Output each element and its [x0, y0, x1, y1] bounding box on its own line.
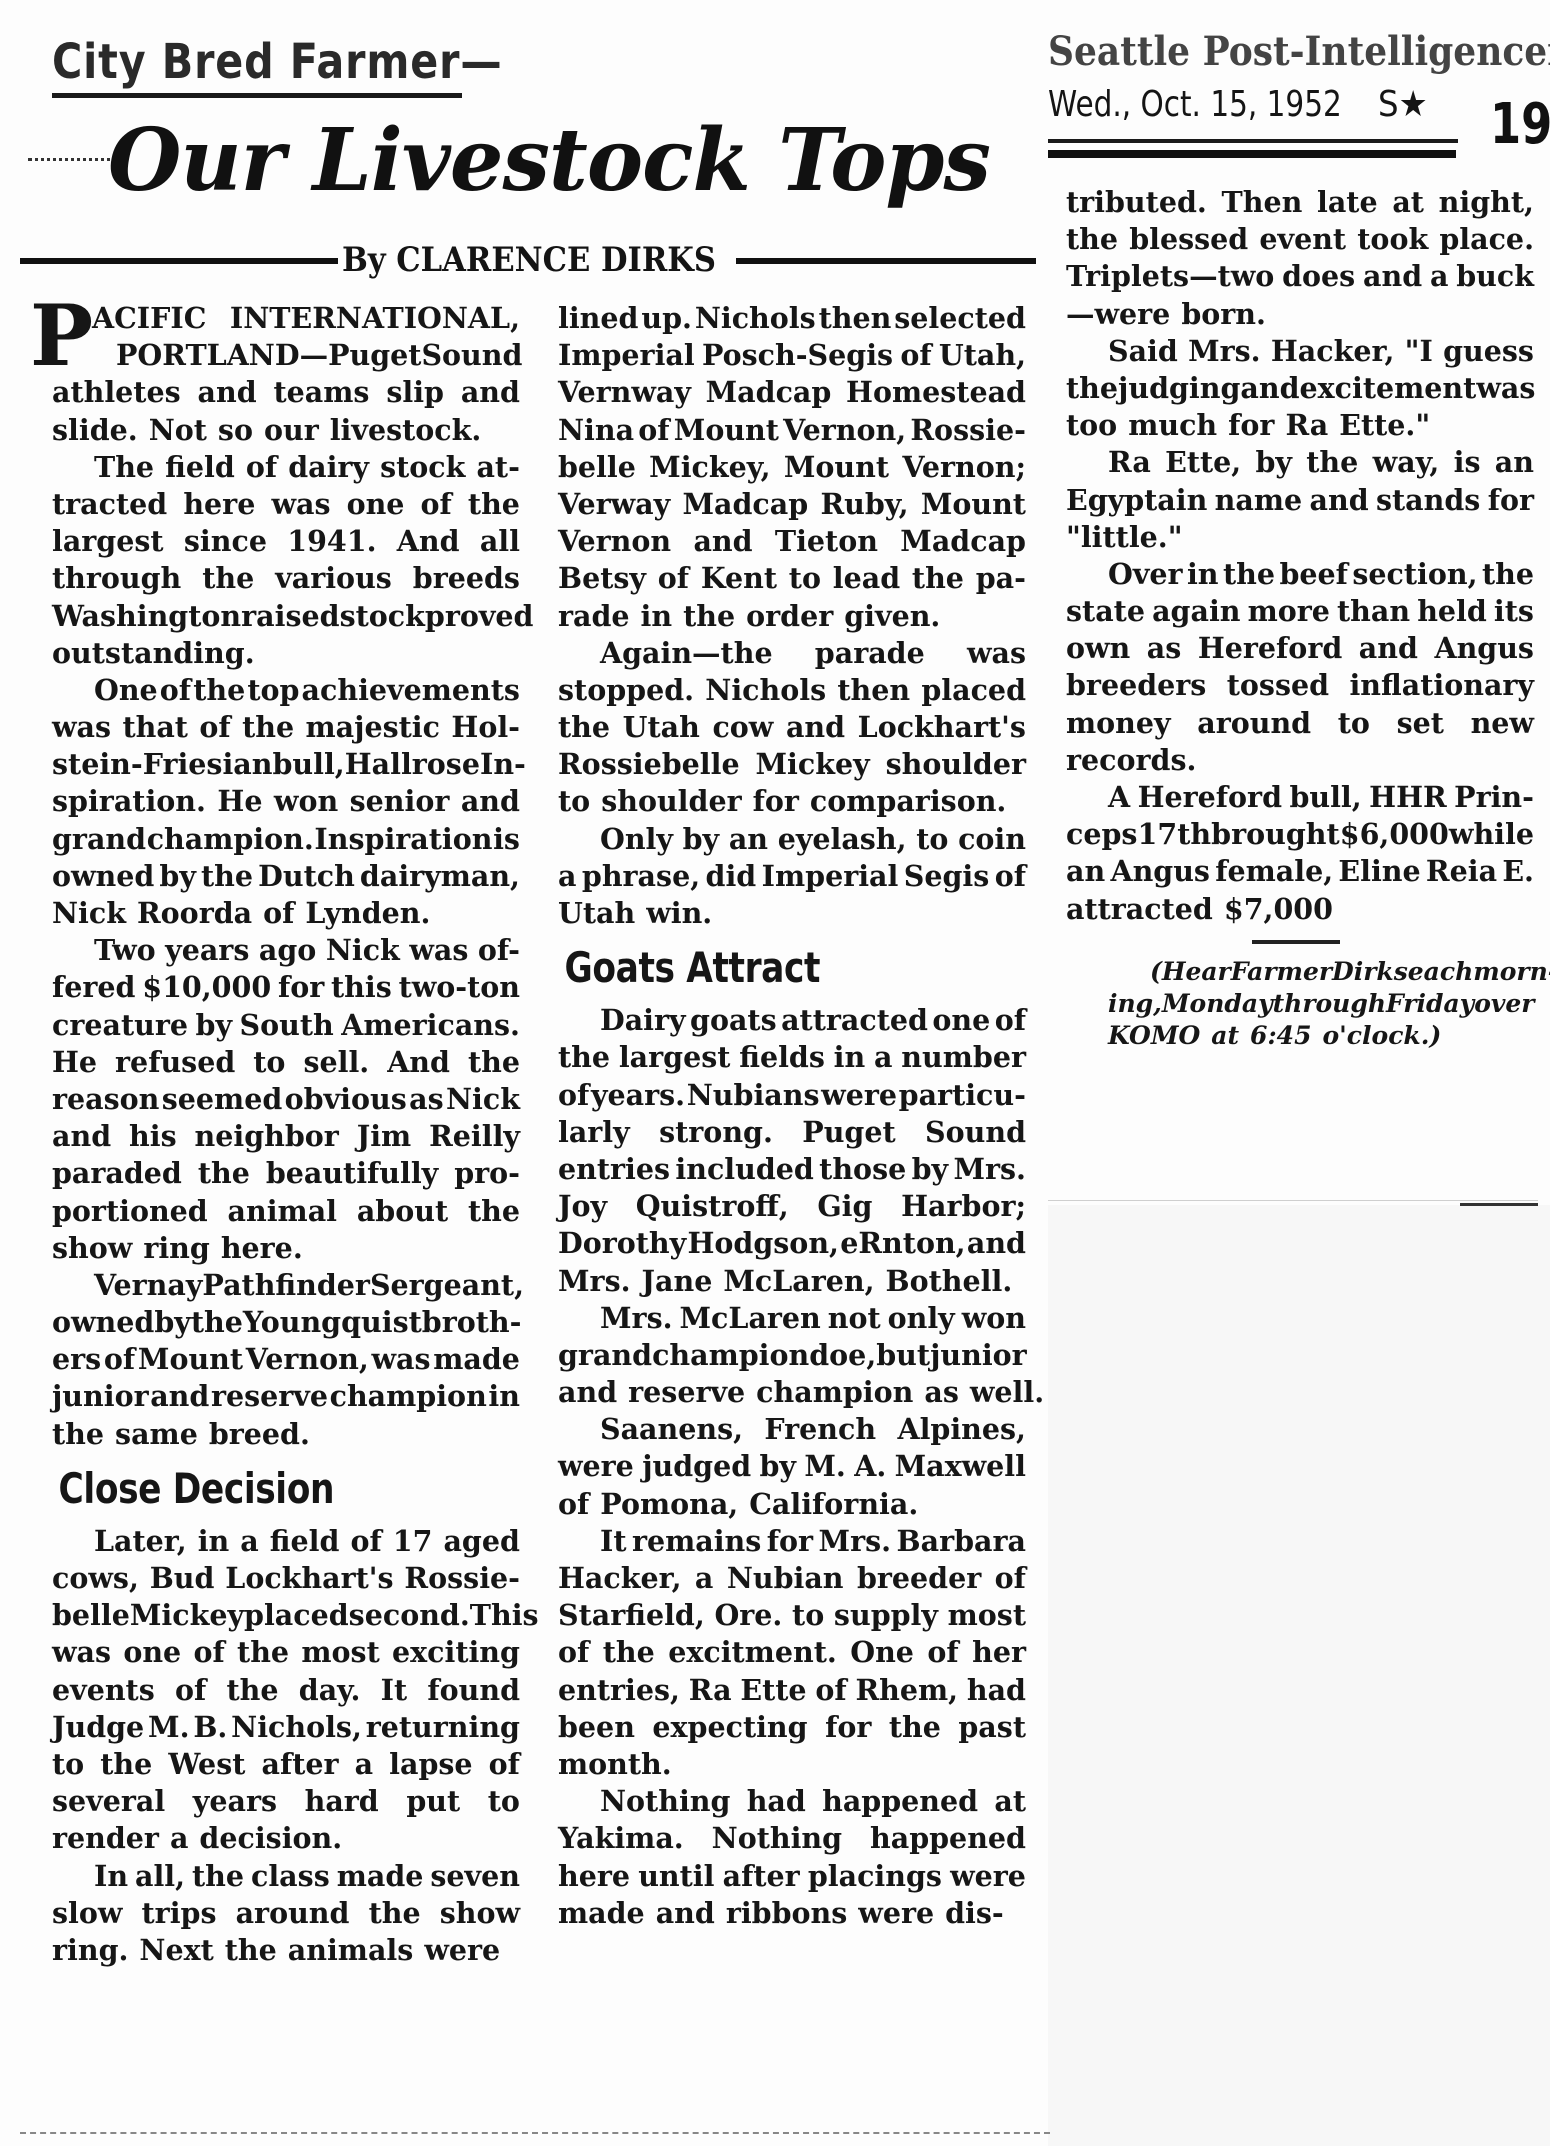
- headline-dots: [28, 158, 118, 164]
- kicker-title: City Bred Farmer—: [52, 34, 502, 90]
- text-line: JudgeM.B.Nichols,returning: [52, 1709, 520, 1746]
- text-line: Onlybyaneyelash,tocoin: [558, 821, 1026, 858]
- text-line: entriesincludedthosebyMrs.: [558, 1151, 1026, 1188]
- masthead-rule-thin: [1048, 139, 1458, 143]
- dateline: Wed., Oct. 15, 1952: [1048, 84, 1342, 125]
- article-paragraph: linedup.NicholsthenselectedImperialPosch…: [558, 300, 1026, 635]
- byline-row: By CLARENCE DIRKS: [20, 240, 1036, 280]
- text-line: beenexpectingforthepast: [558, 1709, 1026, 1746]
- text-line: fered$10,000forthistwo-ton: [52, 969, 520, 1006]
- text-line: KOMOat6:45o'clock.): [1108, 1020, 1534, 1052]
- text-line: toomuchforRaEtte.": [1066, 407, 1534, 444]
- text-line: Yakima.Nothinghappened: [558, 1820, 1026, 1857]
- text-line: oftheexcitment.Oneofher: [558, 1634, 1026, 1671]
- article-paragraph: Oneofthetopachievementswasthatofthemajes…: [52, 672, 520, 932]
- clipping-edge: [1048, 1200, 1538, 1201]
- text-line: (HearFarmerDirkseachmorn-: [1108, 956, 1534, 988]
- clipping-edge-dash: [1460, 1203, 1538, 1206]
- text-line: stopped.Nicholsthenplaced: [558, 672, 1026, 709]
- text-line: athletesandteamsslipand: [52, 374, 520, 411]
- text-line: larlystrong.PugetSound: [558, 1114, 1026, 1151]
- text-line: theblessedeventtookplace.: [1066, 221, 1534, 258]
- text-line: Hacker,aNubianbreederof: [558, 1560, 1026, 1597]
- text-line: BetsyofKenttoleadthepa-: [558, 560, 1026, 597]
- article-paragraph: AHerefordbull,HHRPrin-ceps17thbrought$6,…: [1066, 779, 1534, 928]
- text-line: Mrs.McLarennotonlywon: [558, 1300, 1026, 1337]
- text-line: ACIFICINTERNATIONAL,: [52, 300, 520, 337]
- section-divider: [1252, 940, 1340, 944]
- text-line: thesamebreed.: [52, 1416, 520, 1453]
- article-paragraph: SaidMrs.Hacker,"Iguessthejudgingandexcit…: [1066, 333, 1534, 445]
- text-line: slide.Notsoourlivestock.: [52, 412, 520, 449]
- article-paragraph: Thefieldofdairystockat-tractedherewasone…: [52, 449, 520, 672]
- text-line: portionedanimalaboutthe: [52, 1193, 520, 1230]
- text-line: JoyQuistroff,GigHarbor;: [558, 1188, 1026, 1225]
- article-paragraph: Later,inafieldof17agedcows,BudLockhart's…: [52, 1523, 520, 1858]
- text-line: Egyptainnameandstandsfor: [1066, 482, 1534, 519]
- article-column-3: tributed.Thenlateatnight,theblessedevent…: [1066, 184, 1534, 1052]
- text-line: outstanding.: [52, 635, 520, 672]
- text-line: wasoneofthemostexciting: [52, 1634, 520, 1671]
- blank-background: [1048, 1205, 1550, 2146]
- text-line: NinaofMountVernon,Rossie-: [558, 412, 1026, 449]
- text-line: belleMickeyplacedsecond.This: [52, 1597, 520, 1634]
- text-line: thejudgingandexcitementwas: [1066, 370, 1534, 407]
- kicker-underline: [52, 93, 462, 98]
- article-column-1: PACIFICINTERNATIONAL,PORTLAND—PugetSound…: [52, 300, 520, 1969]
- headline: Our Livestock Tops: [108, 110, 990, 211]
- text-line: VernayPathfinderSergeant,: [52, 1267, 520, 1304]
- text-line: AHerefordbull,HHRPrin-: [1066, 779, 1534, 816]
- text-line: aphrase,didImperialSegisof: [558, 858, 1026, 895]
- text-line: RaEtte,bytheway,isan: [1066, 444, 1534, 481]
- text-line: ceps17thbrought$6,000while: [1066, 816, 1534, 853]
- article-paragraph: Inall,theclassmadesevenslowtripsaroundth…: [52, 1858, 520, 1970]
- text-line: largestsince1941.Andall: [52, 523, 520, 560]
- text-line: totheWestafteralapseof: [52, 1746, 520, 1783]
- text-line: NickRoordaofLynden.: [52, 895, 520, 932]
- text-line: VerwayMadcapRuby,Mount: [558, 486, 1026, 523]
- text-line: breederstossedinflationary: [1066, 667, 1534, 704]
- text-line: throughthevariousbreeds: [52, 560, 520, 597]
- page-number: 19: [1490, 92, 1550, 157]
- text-line: records.: [1066, 742, 1534, 779]
- masthead-rule-thick: [1048, 150, 1456, 158]
- byline-rule-left: [20, 258, 338, 264]
- text-line: andhisneighborJimReilly: [52, 1118, 520, 1155]
- text-line: Saanens,FrenchAlpines,: [558, 1411, 1026, 1448]
- text-line: Thefieldofdairystockat-: [52, 449, 520, 486]
- text-line: juniorandreservechampionin: [52, 1378, 520, 1415]
- text-line: showringhere.: [52, 1230, 520, 1267]
- article-paragraph: tributed.Thenlateatnight,theblessedevent…: [1066, 184, 1534, 333]
- byline: By CLARENCE DIRKS: [342, 240, 716, 280]
- text-line: ing,MondaythroughFridayover: [1108, 988, 1534, 1020]
- text-line: wasthatofthemajesticHol-: [52, 709, 520, 746]
- text-line: Dairygoatsattractedoneof: [558, 1002, 1026, 1039]
- text-line: linedup.Nicholsthenselected: [558, 300, 1026, 337]
- text-line: Triplets—twodoesandabuck: [1066, 258, 1534, 295]
- newspaper-name: Seattle Post-Intelligencer: [1048, 28, 1550, 75]
- text-line: hereuntilafterplacingswere: [558, 1858, 1026, 1895]
- text-line: theUtahcowandLockhart's: [558, 709, 1026, 746]
- drop-cap: P: [30, 294, 93, 378]
- text-line: renderadecision.: [52, 1820, 520, 1857]
- text-line: Herefusedtosell.Andthe: [52, 1044, 520, 1081]
- text-line: Nothinghadhappenedat: [558, 1783, 1026, 1820]
- text-line: Inall,theclassmadeseven: [52, 1858, 520, 1895]
- text-line: SaidMrs.Hacker,"Iguess: [1066, 333, 1534, 370]
- text-line: ownasHerefordandAngus: [1066, 630, 1534, 667]
- text-line: VernwayMadcapHomestead: [558, 374, 1026, 411]
- text-line: stateagainmorethanheldits: [1066, 593, 1534, 630]
- text-line: attracted$7,000: [1066, 891, 1534, 928]
- article-paragraph: Onlybyaneyelash,tocoinaphrase,didImperia…: [558, 821, 1026, 933]
- article-paragraph: VernayPathfinderSergeant,ownedbytheYoung…: [52, 1267, 520, 1453]
- text-line: radeintheordergiven.: [558, 598, 1026, 635]
- text-line: VernonandTietonMadcap: [558, 523, 1026, 560]
- text-line: Again—theparadewas: [558, 635, 1026, 672]
- text-line: grandchampiondoe,butjunior: [558, 1337, 1026, 1374]
- text-line: eventsoftheday.Itfound: [52, 1672, 520, 1709]
- text-line: moneyaroundtosetnew: [1066, 705, 1534, 742]
- article-paragraph: Dairygoatsattractedoneofthelargestfields…: [558, 1002, 1026, 1300]
- text-line: tractedherewasoneofthe: [52, 486, 520, 523]
- article-paragraph: TwoyearsagoNickwasof-fered$10,000forthis…: [52, 932, 520, 1267]
- text-line: tributed.Thenlateatnight,: [1066, 184, 1534, 221]
- text-line: ownedbytheYoungquistbroth-: [52, 1304, 520, 1341]
- text-line: Starfield,Ore.tosupplymost: [558, 1597, 1026, 1634]
- text-line: ofyears.Nubianswereparticu-: [558, 1077, 1026, 1114]
- text-line: cows,BudLockhart'sRossie-: [52, 1560, 520, 1597]
- text-line: Washingtonraisedstockproved: [52, 598, 520, 635]
- text-line: anAngusfemale,ElineReiaE.: [1066, 853, 1534, 890]
- text-line: toshoulderforcomparison.: [558, 783, 1026, 820]
- text-line: PORTLAND—PugetSound: [52, 337, 520, 374]
- text-line: ImperialPosch-SegisofUtah,: [558, 337, 1026, 374]
- text-line: month.: [558, 1746, 1026, 1783]
- edition-marker: S★: [1378, 84, 1428, 125]
- article-paragraph: Again—theparadewasstopped.Nicholsthenpla…: [558, 635, 1026, 821]
- article-paragraph: NothinghadhappenedatYakima.Nothinghappen…: [558, 1783, 1026, 1932]
- article-paragraph: Overinthebeefsection,thestateagainmoreth…: [1066, 556, 1534, 779]
- article-paragraph: PACIFICINTERNATIONAL,PORTLAND—PugetSound…: [52, 300, 520, 449]
- text-line: Overinthebeefsection,the: [1066, 556, 1534, 593]
- text-line: severalyearshardputto: [52, 1783, 520, 1820]
- text-line: RossiebelleMickeyshoulder: [558, 746, 1026, 783]
- article-paragraph: RaEtte,bytheway,isanEgyptainnameandstand…: [1066, 444, 1534, 556]
- text-line: slowtripsaroundtheshow: [52, 1895, 520, 1932]
- section-subhead: Close Decision: [52, 1459, 436, 1519]
- text-line: DorothyHodgson,eRnton,and: [558, 1225, 1026, 1262]
- column-bottom-rule: [20, 2132, 1050, 2136]
- section-subhead: Goats Attract: [558, 938, 942, 998]
- text-line: ersofMountVernon,wasmade: [52, 1341, 520, 1378]
- text-line: TwoyearsagoNickwasof-: [52, 932, 520, 969]
- text-line: ItremainsforMrs.Barbara: [558, 1523, 1026, 1560]
- text-line: werejudgedbyM.A.Maxwell: [558, 1448, 1026, 1485]
- text-line: Later,inafieldof17aged: [52, 1523, 520, 1560]
- text-line: madeandribbonsweredis-: [558, 1895, 1026, 1932]
- text-line: creaturebySouthAmericans.: [52, 1007, 520, 1044]
- text-line: ownedbytheDutchdairyman,: [52, 858, 520, 895]
- text-line: Mrs.JaneMcLaren,Bothell.: [558, 1263, 1026, 1300]
- text-line: andreservechampionaswell.: [558, 1374, 1026, 1411]
- text-line: spiration.Hewonseniorand: [52, 783, 520, 820]
- text-line: entries,RaEtteofRhem,had: [558, 1672, 1026, 1709]
- article-column-2: linedup.NicholsthenselectedImperialPosch…: [558, 300, 1026, 1932]
- text-line: "little.": [1066, 519, 1534, 556]
- text-line: Oneofthetopachievements: [52, 672, 520, 709]
- article-paragraph: Mrs.McLarennotonlywongrandchampiondoe,bu…: [558, 1300, 1026, 1412]
- text-line: —wereborn.: [1066, 296, 1534, 333]
- text-line: reasonseemedobviousasNick: [52, 1081, 520, 1118]
- text-line: Utahwin.: [558, 895, 1026, 932]
- article-paragraph: ItremainsforMrs.BarbaraHacker,aNubianbre…: [558, 1523, 1026, 1783]
- text-line: ofPomona,California.: [558, 1486, 1026, 1523]
- text-line: belleMickey,MountVernon;: [558, 449, 1026, 486]
- text-line: paradedthebeautifullypro-: [52, 1155, 520, 1192]
- radio-note: (HearFarmerDirkseachmorn-ing,Mondaythrou…: [1066, 956, 1534, 1052]
- text-line: ring.Nexttheanimalswere: [52, 1932, 520, 1969]
- text-line: thelargestfieldsinanumber: [558, 1039, 1026, 1076]
- byline-rule-right: [736, 258, 1036, 264]
- article-paragraph: Saanens,FrenchAlpines,werejudgedbyM.A.Ma…: [558, 1411, 1026, 1523]
- text-line: grandchampion.Inspirationis: [52, 821, 520, 858]
- text-line: stein-Friesianbull,HallroseIn-: [52, 746, 520, 783]
